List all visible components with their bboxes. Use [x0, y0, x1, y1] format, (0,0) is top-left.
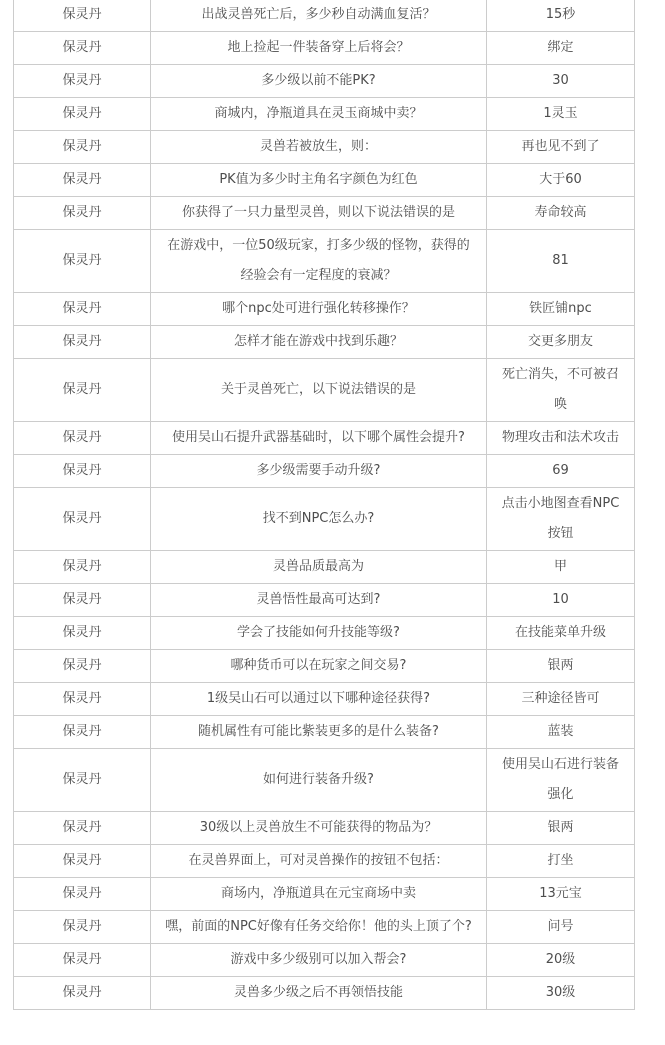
answer-cell: 绑定 [487, 32, 635, 65]
answer-cell: 蓝装 [487, 716, 635, 749]
answer-cell: 银两 [487, 650, 635, 683]
category-cell: 保灵丹 [14, 551, 151, 584]
category-cell: 保灵丹 [14, 749, 151, 812]
question-cell: 商城内，净瓶道具在灵玉商城中卖？ [151, 98, 487, 131]
answer-cell: 15秒 [487, 0, 635, 32]
category-cell: 保灵丹 [14, 845, 151, 878]
category-cell: 保灵丹 [14, 293, 151, 326]
question-cell: 随机属性有可能比紫装更多的是什么装备? [151, 716, 487, 749]
answer-cell: 银两 [487, 812, 635, 845]
answer-cell: 30 [487, 65, 635, 98]
category-cell: 保灵丹 [14, 0, 151, 32]
question-cell: 怎样才能在游戏中找到乐趣？ [151, 326, 487, 359]
table-row: 保灵丹 多少级以前不能PK? 30 [14, 65, 635, 98]
question-cell: 使用吴山石提升武器基础时，以下哪个属性会提升? [151, 422, 487, 455]
category-cell: 保灵丹 [14, 422, 151, 455]
qa-table-body: 保灵丹 出战灵兽死亡后，多少秒自动满血复活？ 15秒 保灵丹 地上捡起一件装备穿… [14, 0, 635, 1010]
table-row: 保灵丹 关于灵兽死亡，以下说法错误的是 死亡消失，不可被召唤 [14, 359, 635, 422]
category-cell: 保灵丹 [14, 650, 151, 683]
answer-cell: 三种途径皆可 [487, 683, 635, 716]
table-row: 保灵丹 在灵兽界面上，可对灵兽操作的按钮不包括： 打坐 [14, 845, 635, 878]
table-row: 保灵丹 灵兽悟性最高可达到? 10 [14, 584, 635, 617]
category-cell: 保灵丹 [14, 164, 151, 197]
table-row: 保灵丹 地上捡起一件装备穿上后将会？ 绑定 [14, 32, 635, 65]
table-row: 保灵丹 哪个npc处可进行强化转移操作？ 铁匠铺npc [14, 293, 635, 326]
table-row: 保灵丹 商场内，净瓶道具在元宝商场中卖 13元宝 [14, 878, 635, 911]
table-row: 保灵丹 学会了技能如何升技能等级? 在技能菜单升级 [14, 617, 635, 650]
page: 保灵丹 出战灵兽死亡后，多少秒自动满血复活？ 15秒 保灵丹 地上捡起一件装备穿… [0, 0, 665, 1045]
category-cell: 保灵丹 [14, 617, 151, 650]
category-cell: 保灵丹 [14, 584, 151, 617]
question-cell: 灵兽若被放生，则： [151, 131, 487, 164]
question-cell: 出战灵兽死亡后，多少秒自动满血复活？ [151, 0, 487, 32]
category-cell: 保灵丹 [14, 455, 151, 488]
answer-cell: 问号 [487, 911, 635, 944]
question-cell: 商场内，净瓶道具在元宝商场中卖 [151, 878, 487, 911]
table-row: 保灵丹 嘿，前面的NPC好像有任务交给你！他的头上顶了个? 问号 [14, 911, 635, 944]
table-row: 保灵丹 游戏中多少级别可以加入帮会? 20级 [14, 944, 635, 977]
question-cell: 多少级以前不能PK? [151, 65, 487, 98]
table-row: 保灵丹 灵兽若被放生，则： 再也见不到了 [14, 131, 635, 164]
question-cell: 30级以上灵兽放生不可能获得的物品为？ [151, 812, 487, 845]
question-cell: 灵兽品质最高为 [151, 551, 487, 584]
question-cell: 如何进行装备升级? [151, 749, 487, 812]
category-cell: 保灵丹 [14, 32, 151, 65]
table-row: 保灵丹 在游戏中，一位50级玩家，打多少级的怪物，获得的经验会有一定程度的衰减？… [14, 230, 635, 293]
question-cell: 灵兽悟性最高可达到? [151, 584, 487, 617]
table-row: 保灵丹 多少级需要手动升级? 69 [14, 455, 635, 488]
question-cell: PK值为多少时主角名字颜色为红色 [151, 164, 487, 197]
question-cell: 你获得了一只力量型灵兽，则以下说法错误的是 [151, 197, 487, 230]
answer-cell: 81 [487, 230, 635, 293]
table-row: 保灵丹 商城内，净瓶道具在灵玉商城中卖？ 1灵玉 [14, 98, 635, 131]
answer-cell: 20级 [487, 944, 635, 977]
question-cell: 在游戏中，一位50级玩家，打多少级的怪物，获得的经验会有一定程度的衰减？ [151, 230, 487, 293]
category-cell: 保灵丹 [14, 98, 151, 131]
category-cell: 保灵丹 [14, 716, 151, 749]
table-row: 保灵丹 1级吴山石可以通过以下哪种途径获得? 三种途径皆可 [14, 683, 635, 716]
answer-cell: 大于60 [487, 164, 635, 197]
answer-cell: 30级 [487, 977, 635, 1010]
category-cell: 保灵丹 [14, 131, 151, 164]
answer-cell: 10 [487, 584, 635, 617]
question-cell: 地上捡起一件装备穿上后将会？ [151, 32, 487, 65]
answer-cell: 再也见不到了 [487, 131, 635, 164]
answer-cell: 使用吴山石进行装备强化 [487, 749, 635, 812]
category-cell: 保灵丹 [14, 488, 151, 551]
question-cell: 找不到NPC怎么办? [151, 488, 487, 551]
category-cell: 保灵丹 [14, 911, 151, 944]
question-cell: 学会了技能如何升技能等级? [151, 617, 487, 650]
category-cell: 保灵丹 [14, 197, 151, 230]
category-cell: 保灵丹 [14, 977, 151, 1010]
answer-cell: 寿命较高 [487, 197, 635, 230]
qa-table: 保灵丹 出战灵兽死亡后，多少秒自动满血复活？ 15秒 保灵丹 地上捡起一件装备穿… [13, 0, 635, 1010]
answer-cell: 13元宝 [487, 878, 635, 911]
answer-cell: 铁匠铺npc [487, 293, 635, 326]
answer-cell: 69 [487, 455, 635, 488]
table-row: 保灵丹 随机属性有可能比紫装更多的是什么装备? 蓝装 [14, 716, 635, 749]
table-row: 保灵丹 怎样才能在游戏中找到乐趣？ 交更多朋友 [14, 326, 635, 359]
question-cell: 1级吴山石可以通过以下哪种途径获得? [151, 683, 487, 716]
question-cell: 嘿，前面的NPC好像有任务交给你！他的头上顶了个? [151, 911, 487, 944]
answer-cell: 1灵玉 [487, 98, 635, 131]
table-row: 保灵丹 灵兽品质最高为 甲 [14, 551, 635, 584]
table-row: 保灵丹 PK值为多少时主角名字颜色为红色 大于60 [14, 164, 635, 197]
category-cell: 保灵丹 [14, 812, 151, 845]
answer-cell: 点击小地图查看NPC按钮 [487, 488, 635, 551]
category-cell: 保灵丹 [14, 878, 151, 911]
question-cell: 游戏中多少级别可以加入帮会? [151, 944, 487, 977]
answer-cell: 打坐 [487, 845, 635, 878]
question-cell: 哪个npc处可进行强化转移操作？ [151, 293, 487, 326]
table-row: 保灵丹 灵兽多少级之后不再领悟技能 30级 [14, 977, 635, 1010]
category-cell: 保灵丹 [14, 944, 151, 977]
table-row: 保灵丹 哪种货币可以在玩家之间交易? 银两 [14, 650, 635, 683]
answer-cell: 物理攻击和法术攻击 [487, 422, 635, 455]
category-cell: 保灵丹 [14, 683, 151, 716]
table-row: 保灵丹 使用吴山石提升武器基础时，以下哪个属性会提升? 物理攻击和法术攻击 [14, 422, 635, 455]
category-cell: 保灵丹 [14, 230, 151, 293]
answer-cell: 甲 [487, 551, 635, 584]
table-row: 保灵丹 如何进行装备升级? 使用吴山石进行装备强化 [14, 749, 635, 812]
category-cell: 保灵丹 [14, 65, 151, 98]
question-cell: 多少级需要手动升级? [151, 455, 487, 488]
answer-cell: 死亡消失，不可被召唤 [487, 359, 635, 422]
answer-cell: 在技能菜单升级 [487, 617, 635, 650]
question-cell: 在灵兽界面上，可对灵兽操作的按钮不包括： [151, 845, 487, 878]
table-row: 保灵丹 找不到NPC怎么办? 点击小地图查看NPC按钮 [14, 488, 635, 551]
category-cell: 保灵丹 [14, 326, 151, 359]
answer-cell: 交更多朋友 [487, 326, 635, 359]
table-row: 保灵丹 出战灵兽死亡后，多少秒自动满血复活？ 15秒 [14, 0, 635, 32]
question-cell: 灵兽多少级之后不再领悟技能 [151, 977, 487, 1010]
table-row: 保灵丹 30级以上灵兽放生不可能获得的物品为？ 银两 [14, 812, 635, 845]
question-cell: 关于灵兽死亡，以下说法错误的是 [151, 359, 487, 422]
category-cell: 保灵丹 [14, 359, 151, 422]
question-cell: 哪种货币可以在玩家之间交易? [151, 650, 487, 683]
table-row: 保灵丹 你获得了一只力量型灵兽，则以下说法错误的是 寿命较高 [14, 197, 635, 230]
